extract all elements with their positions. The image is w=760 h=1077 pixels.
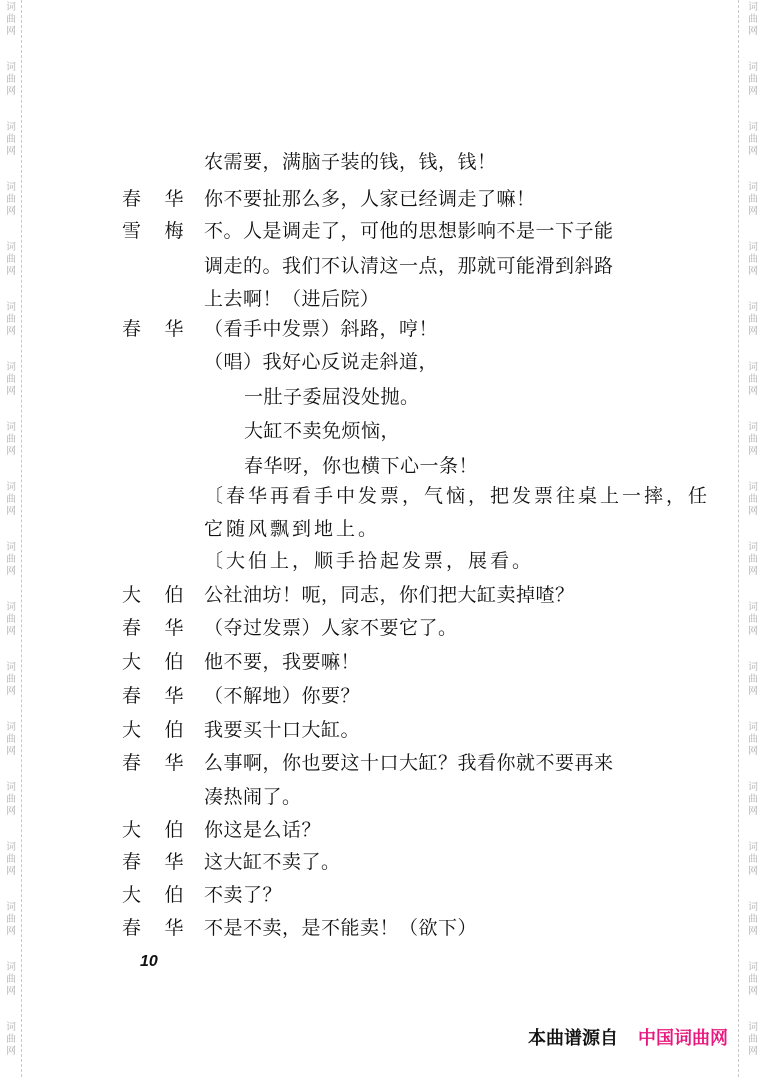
speaker-name: 春华 xyxy=(122,847,184,877)
watermark-char: 网 xyxy=(743,266,760,278)
watermark-char: 词 xyxy=(743,962,760,974)
watermark-char: 词 xyxy=(743,182,760,194)
watermark-char: 曲 xyxy=(743,14,760,26)
watermark-char: 网 xyxy=(743,626,760,638)
source-site-link[interactable]: 中国词曲网 xyxy=(638,1026,728,1052)
watermark-char: 网 xyxy=(743,446,760,458)
watermark-group: 词曲网 xyxy=(743,362,760,398)
watermark-group: 词曲网 xyxy=(1,542,21,578)
watermark-group: 词曲网 xyxy=(1,2,21,38)
right-dashed-border xyxy=(738,0,739,1077)
speaker-name: 春华 xyxy=(122,613,184,643)
watermark-char: 词 xyxy=(1,722,21,734)
watermark-char: 网 xyxy=(743,566,760,578)
watermark-char: 网 xyxy=(1,866,21,878)
watermark-char: 曲 xyxy=(1,14,21,26)
watermark-group: 词曲网 xyxy=(743,962,760,998)
watermark-char: 曲 xyxy=(743,434,760,446)
watermark-char: 曲 xyxy=(743,254,760,266)
speaker-name: 春华 xyxy=(122,314,184,344)
line-text: 大缸不卖免烦恼， xyxy=(244,416,400,446)
watermark-group: 词曲网 xyxy=(1,602,21,638)
speaker-char: 伯 xyxy=(164,715,184,745)
watermark-char: 词 xyxy=(1,362,21,374)
watermark-group: 词曲网 xyxy=(1,242,21,278)
watermark-group: 词曲网 xyxy=(1,722,21,758)
watermark-char: 网 xyxy=(1,26,21,38)
watermark-char: 网 xyxy=(743,746,760,758)
speaker-char: 梅 xyxy=(164,216,184,246)
watermark-char: 词 xyxy=(1,422,21,434)
watermark-char: 曲 xyxy=(743,734,760,746)
watermark-char: 网 xyxy=(1,86,21,98)
watermark-char: 曲 xyxy=(1,554,21,566)
speaker-name: 大伯 xyxy=(122,815,184,845)
watermark-group: 词曲网 xyxy=(743,242,760,278)
watermark-char: 曲 xyxy=(1,614,21,626)
speaker-char: 大 xyxy=(122,815,142,845)
watermark-group: 词曲网 xyxy=(743,542,760,578)
watermark-char: 曲 xyxy=(743,554,760,566)
line-text: 一肚子委屈没处抛。 xyxy=(244,382,420,412)
watermark-char: 词 xyxy=(1,542,21,554)
watermark-char: 曲 xyxy=(1,854,21,866)
watermark-char: 网 xyxy=(1,206,21,218)
watermark-group: 词曲网 xyxy=(743,302,760,338)
watermark-group: 词曲网 xyxy=(1,962,21,998)
watermark-char: 网 xyxy=(743,686,760,698)
watermark-group: 词曲网 xyxy=(743,482,760,518)
watermark-group: 词曲网 xyxy=(743,122,760,158)
watermark-char: 网 xyxy=(1,1046,21,1058)
watermark-char: 词 xyxy=(743,1022,760,1034)
watermark-char: 网 xyxy=(1,266,21,278)
watermark-char: 曲 xyxy=(1,794,21,806)
watermark-char: 曲 xyxy=(743,314,760,326)
watermark-char: 网 xyxy=(1,446,21,458)
watermark-char: 词 xyxy=(1,62,21,74)
watermark-char: 曲 xyxy=(1,434,21,446)
watermark-char: 词 xyxy=(1,962,21,974)
watermark-char: 网 xyxy=(743,146,760,158)
watermark-group: 词曲网 xyxy=(1,782,21,818)
watermark-char: 曲 xyxy=(1,914,21,926)
speaker-char: 伯 xyxy=(164,815,184,845)
page-number: 10 xyxy=(140,953,158,971)
line-text: 么事啊，你也要这十口大缸？我看你就不要再来 xyxy=(204,748,614,778)
watermark-char: 词 xyxy=(743,782,760,794)
watermark-group: 词曲网 xyxy=(743,902,760,938)
watermark-char: 曲 xyxy=(1,314,21,326)
watermark-char: 词 xyxy=(1,662,21,674)
line-text: 调走的。我们不认清这一点，那就可能滑到斜路 xyxy=(204,251,614,281)
watermark-char: 曲 xyxy=(743,74,760,86)
watermark-char: 词 xyxy=(743,242,760,254)
watermark-char: 词 xyxy=(743,602,760,614)
watermark-group: 词曲网 xyxy=(743,2,760,38)
speaker-name: 大伯 xyxy=(122,647,184,677)
speaker-char: 大 xyxy=(122,880,142,910)
line-text: 你这是么话？ xyxy=(204,815,321,845)
watermark-char: 曲 xyxy=(743,974,760,986)
watermark-group: 词曲网 xyxy=(743,62,760,98)
line-text: 不是不卖，是不能卖！（欲下） xyxy=(204,913,477,943)
watermark-char: 曲 xyxy=(743,494,760,506)
watermark-group: 词曲网 xyxy=(743,602,760,638)
watermark-char: 网 xyxy=(743,506,760,518)
watermark-char: 曲 xyxy=(743,794,760,806)
watermark-group: 词曲网 xyxy=(1,902,21,938)
watermark-char: 词 xyxy=(743,722,760,734)
watermark-char: 词 xyxy=(1,602,21,614)
speaker-char: 春 xyxy=(122,314,142,344)
watermark-char: 曲 xyxy=(1,374,21,386)
watermark-char: 网 xyxy=(743,866,760,878)
line-text: 不。人是调走了，可他的思想影响不是一下子能 xyxy=(204,216,614,246)
line-text: （不解地）你要？ xyxy=(204,681,360,711)
left-dashed-border xyxy=(21,0,22,1077)
watermark-group: 词曲网 xyxy=(743,782,760,818)
watermark-char: 网 xyxy=(1,926,21,938)
speaker-char: 春 xyxy=(122,847,142,877)
watermark-group: 词曲网 xyxy=(1,122,21,158)
speaker-name: 春华 xyxy=(122,913,184,943)
watermark-char: 词 xyxy=(743,62,760,74)
watermark-char: 曲 xyxy=(1,494,21,506)
watermark-char: 网 xyxy=(743,386,760,398)
speaker-char: 伯 xyxy=(164,647,184,677)
speaker-name: 大伯 xyxy=(122,580,184,610)
line-text: 我要买十口大缸。 xyxy=(204,715,360,745)
watermark-char: 词 xyxy=(743,542,760,554)
watermark-char: 曲 xyxy=(1,194,21,206)
watermark-group: 词曲网 xyxy=(1,662,21,698)
watermark-char: 词 xyxy=(743,662,760,674)
watermark-group: 词曲网 xyxy=(1,482,21,518)
speaker-char: 华 xyxy=(164,913,184,943)
watermark-char: 网 xyxy=(1,986,21,998)
line-text: 这大缸不卖了。 xyxy=(204,847,341,877)
watermark-char: 网 xyxy=(1,386,21,398)
watermark-char: 词 xyxy=(1,782,21,794)
line-text: 〔春华再看手中发票，气恼，把发票往桌上一摔，任 xyxy=(204,481,710,511)
speaker-char: 华 xyxy=(164,613,184,643)
speaker-char: 春 xyxy=(122,184,142,214)
watermark-char: 曲 xyxy=(1,1034,21,1046)
watermark-char: 词 xyxy=(743,902,760,914)
watermark-group: 词曲网 xyxy=(1,422,21,458)
speaker-char: 大 xyxy=(122,715,142,745)
watermark-char: 网 xyxy=(1,746,21,758)
line-text: 你不要扯那么多，人家已经调走了嘛！ xyxy=(204,184,536,214)
speaker-name: 春华 xyxy=(122,748,184,778)
watermark-char: 曲 xyxy=(1,254,21,266)
watermark-char: 网 xyxy=(1,626,21,638)
speaker-char: 华 xyxy=(164,681,184,711)
watermark-char: 网 xyxy=(743,86,760,98)
speaker-name: 春华 xyxy=(122,681,184,711)
watermark-group: 词曲网 xyxy=(743,722,760,758)
watermark-group: 词曲网 xyxy=(1,302,21,338)
watermark-group: 词曲网 xyxy=(1,842,21,878)
line-text: 农需要，满脑子装的钱，钱，钱！ xyxy=(204,147,497,177)
watermark-char: 曲 xyxy=(1,734,21,746)
watermark-char: 词 xyxy=(1,482,21,494)
line-text: （看手中发票）斜路，哼！ xyxy=(204,314,438,344)
speaker-char: 春 xyxy=(122,613,142,643)
watermark-group: 词曲网 xyxy=(743,662,760,698)
line-text: 他不要，我要嘛！ xyxy=(204,647,360,677)
watermark-char: 词 xyxy=(1,242,21,254)
watermark-char: 曲 xyxy=(743,614,760,626)
line-text: 上去啊！（进后院） xyxy=(204,284,380,314)
watermark-char: 曲 xyxy=(1,74,21,86)
watermark-char: 网 xyxy=(743,26,760,38)
watermark-char: 词 xyxy=(743,422,760,434)
speaker-char: 华 xyxy=(164,847,184,877)
line-text: （唱）我好心反说走斜道， xyxy=(204,347,438,377)
speaker-char: 春 xyxy=(122,913,142,943)
watermark-char: 网 xyxy=(743,806,760,818)
speaker-char: 伯 xyxy=(164,580,184,610)
watermark-char: 网 xyxy=(743,926,760,938)
watermark-char: 曲 xyxy=(743,374,760,386)
watermark-char: 词 xyxy=(743,842,760,854)
speaker-char: 春 xyxy=(122,748,142,778)
left-watermark-strip: 词曲网词曲网词曲网词曲网词曲网词曲网词曲网词曲网词曲网词曲网词曲网词曲网词曲网词… xyxy=(0,0,22,1077)
line-text: 不卖了？ xyxy=(204,880,282,910)
watermark-group: 词曲网 xyxy=(1,1022,21,1058)
watermark-char: 网 xyxy=(743,206,760,218)
watermark-char: 词 xyxy=(1,1022,21,1034)
watermark-char: 曲 xyxy=(1,674,21,686)
speaker-char: 雪 xyxy=(122,216,142,246)
watermark-char: 网 xyxy=(743,1046,760,1058)
watermark-char: 曲 xyxy=(743,674,760,686)
watermark-group: 词曲网 xyxy=(743,182,760,218)
speaker-char: 伯 xyxy=(164,880,184,910)
line-text: 凑热闹了。 xyxy=(204,782,302,812)
watermark-char: 词 xyxy=(743,302,760,314)
watermark-char: 网 xyxy=(1,326,21,338)
speaker-char: 春 xyxy=(122,681,142,711)
source-label: 本曲谱源自 xyxy=(528,1026,618,1052)
watermark-char: 词 xyxy=(1,302,21,314)
watermark-char: 曲 xyxy=(1,134,21,146)
watermark-char: 词 xyxy=(743,482,760,494)
watermark-group: 词曲网 xyxy=(1,182,21,218)
watermark-char: 曲 xyxy=(743,194,760,206)
line-text: 春华呀，你也横下心一条！ xyxy=(244,451,478,481)
line-text: 它随风飘到地上。 xyxy=(204,514,380,544)
watermark-group: 词曲网 xyxy=(743,842,760,878)
speaker-char: 华 xyxy=(164,184,184,214)
speaker-name: 大伯 xyxy=(122,880,184,910)
watermark-char: 网 xyxy=(743,326,760,338)
watermark-char: 曲 xyxy=(1,974,21,986)
watermark-char: 网 xyxy=(1,806,21,818)
speaker-name: 春华 xyxy=(122,184,184,214)
watermark-char: 曲 xyxy=(743,854,760,866)
watermark-char: 词 xyxy=(1,842,21,854)
watermark-char: 网 xyxy=(1,566,21,578)
watermark-char: 词 xyxy=(743,2,760,14)
watermark-char: 网 xyxy=(1,506,21,518)
watermark-char: 曲 xyxy=(743,1034,760,1046)
line-text: 公社油坊！呃，同志，你们把大缸卖掉喳？ xyxy=(204,580,575,610)
line-text: （夺过发票）人家不要它了。 xyxy=(204,613,458,643)
watermark-char: 词 xyxy=(1,122,21,134)
watermark-char: 词 xyxy=(1,2,21,14)
right-watermark-strip: 词曲网词曲网词曲网词曲网词曲网词曲网词曲网词曲网词曲网词曲网词曲网词曲网词曲网词… xyxy=(738,0,760,1077)
watermark-char: 网 xyxy=(1,146,21,158)
watermark-group: 词曲网 xyxy=(743,1022,760,1058)
watermark-group: 词曲网 xyxy=(743,422,760,458)
speaker-char: 华 xyxy=(164,314,184,344)
speaker-name: 雪梅 xyxy=(122,216,184,246)
speaker-char: 大 xyxy=(122,580,142,610)
watermark-char: 网 xyxy=(743,986,760,998)
speaker-char: 华 xyxy=(164,748,184,778)
watermark-char: 曲 xyxy=(743,134,760,146)
line-text: 〔大伯上，顺手拾起发票，展看。 xyxy=(204,546,534,576)
speaker-name: 大伯 xyxy=(122,715,184,745)
watermark-group: 词曲网 xyxy=(1,62,21,98)
watermark-char: 词 xyxy=(743,122,760,134)
watermark-group: 词曲网 xyxy=(1,362,21,398)
watermark-char: 曲 xyxy=(743,914,760,926)
speaker-char: 大 xyxy=(122,647,142,677)
watermark-char: 词 xyxy=(743,362,760,374)
watermark-char: 词 xyxy=(1,182,21,194)
watermark-char: 网 xyxy=(1,686,21,698)
watermark-char: 词 xyxy=(1,902,21,914)
